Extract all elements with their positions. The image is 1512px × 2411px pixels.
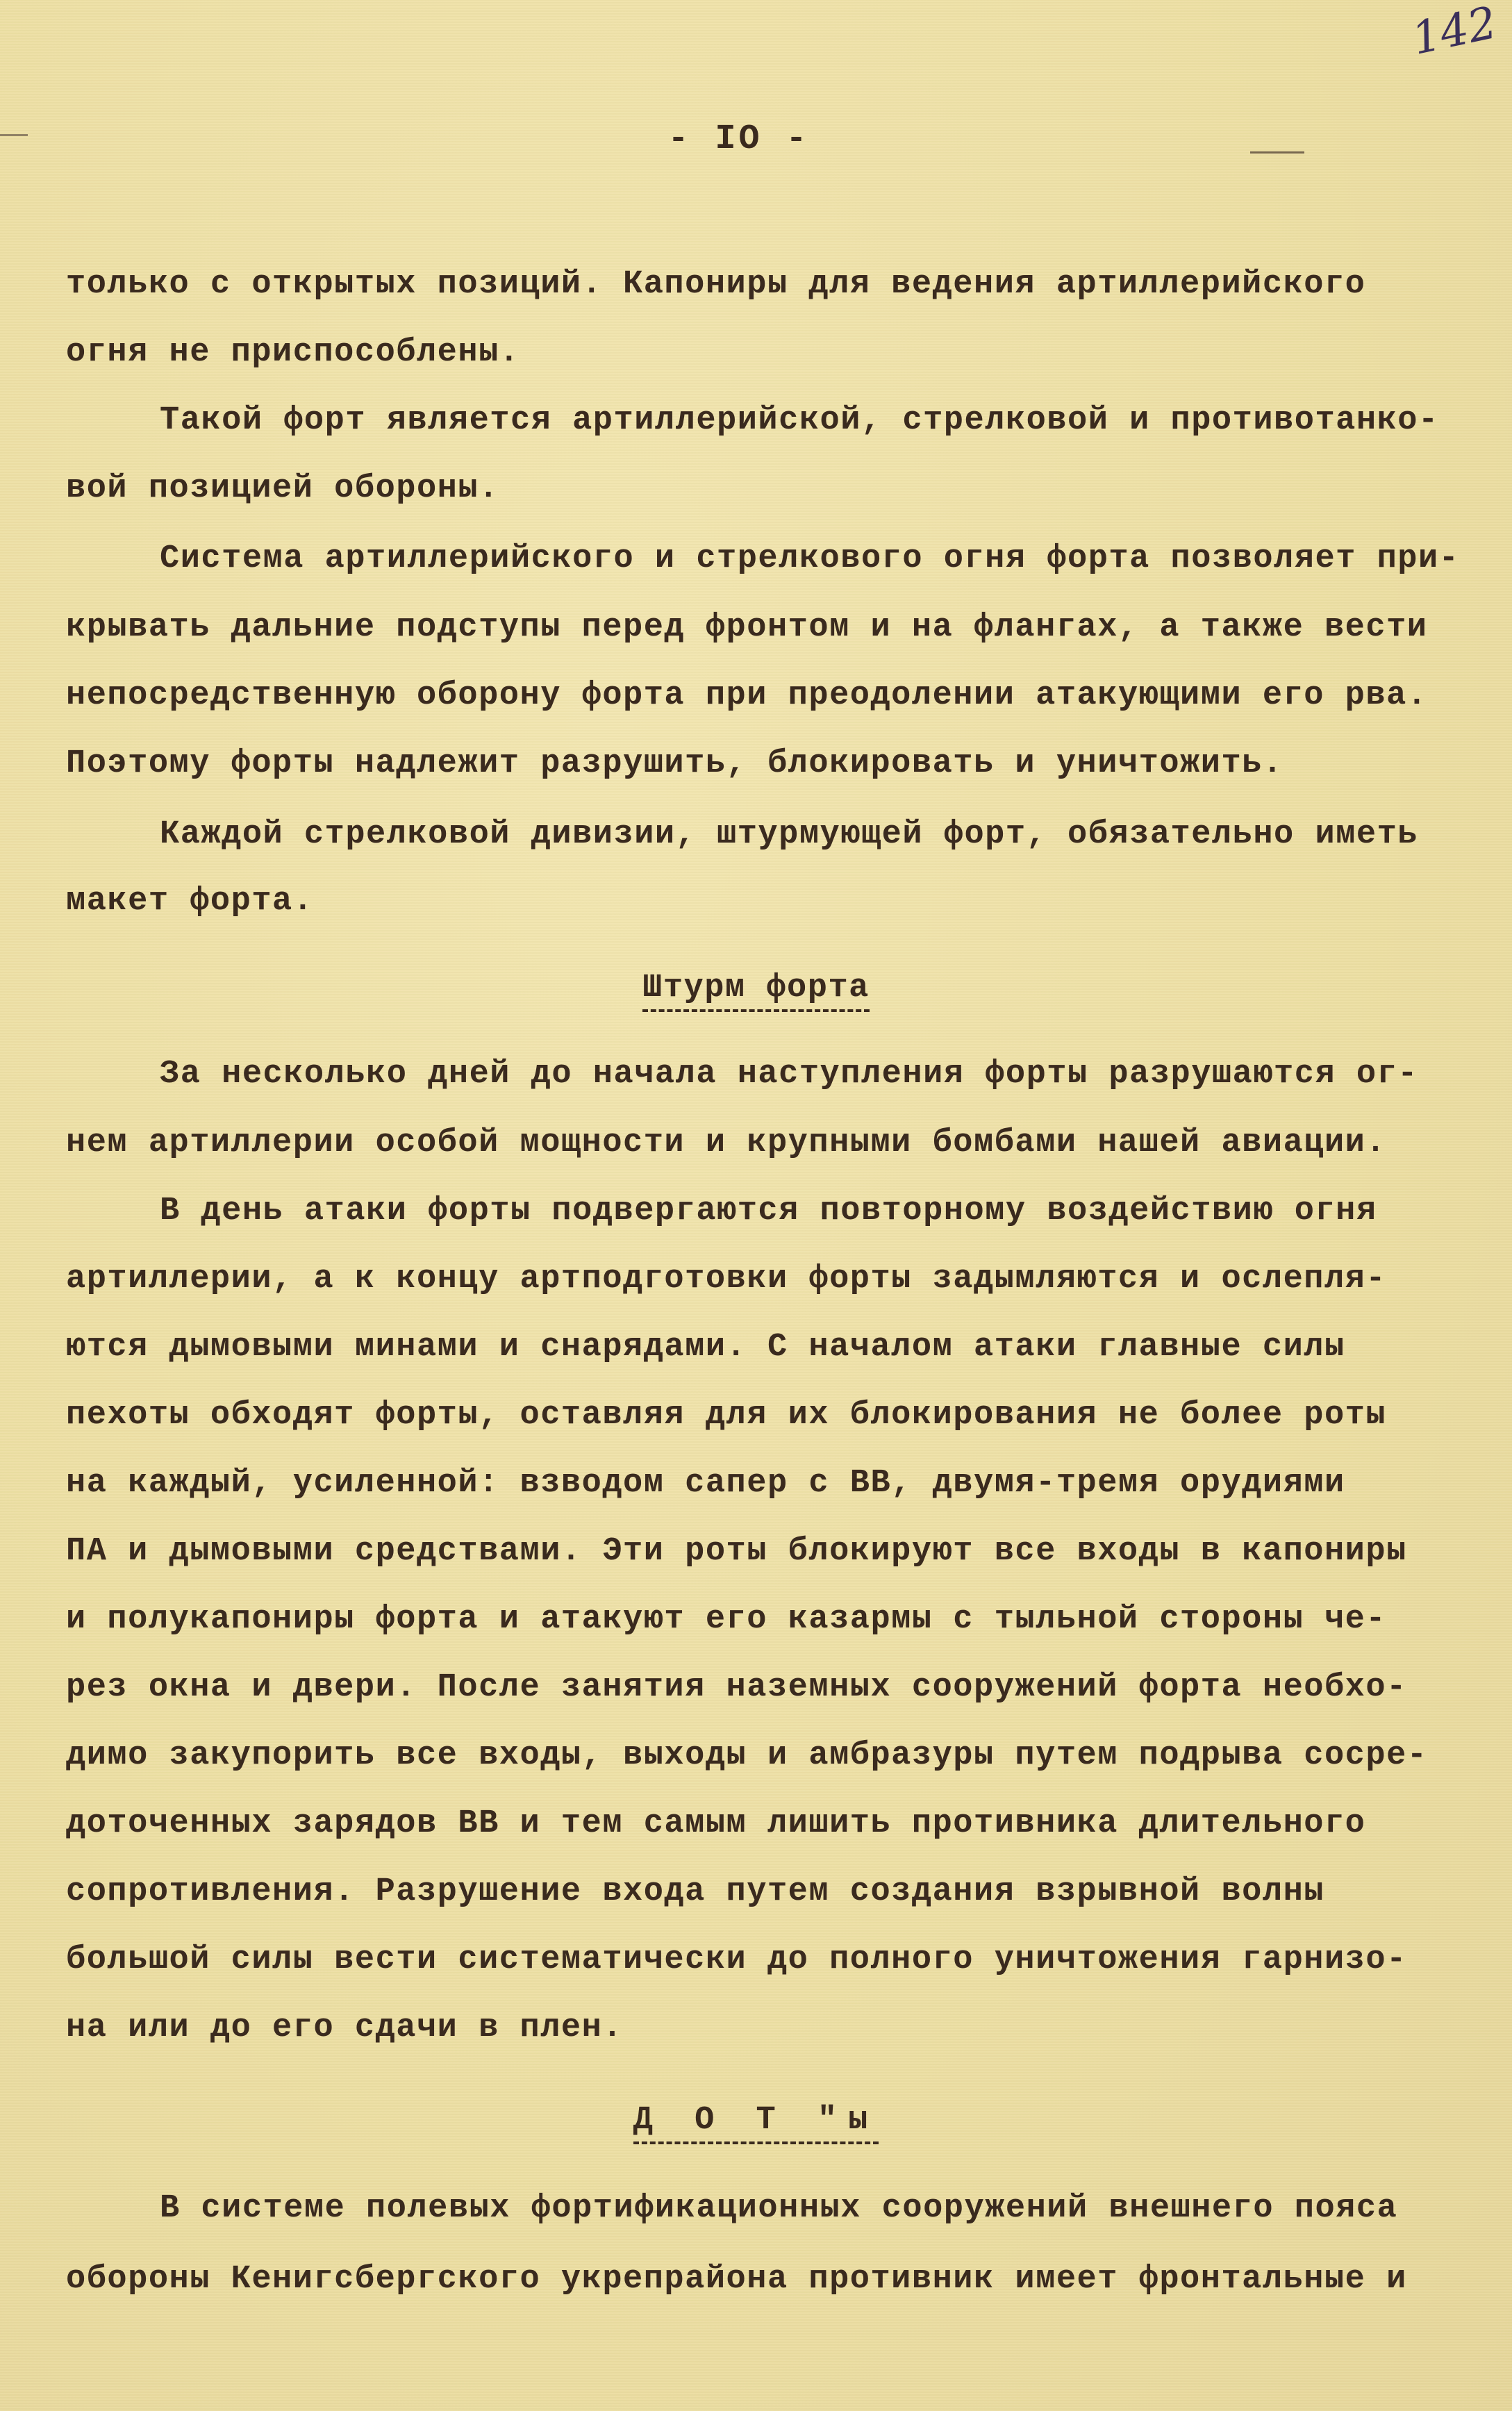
text-line: только с открытых позиций. Капониры для … bbox=[66, 264, 1483, 306]
text-line: большой силы вести систематически до пол… bbox=[66, 1939, 1483, 1981]
text-line: Система артиллерийского и стрелкового ог… bbox=[160, 538, 1512, 580]
text-line: димо закупорить все входы, выходы и амбр… bbox=[66, 1735, 1483, 1777]
text-line: Каждой стрелковой дивизии, штурмующей фо… bbox=[160, 814, 1512, 856]
text-line: крывать дальние подступы перед фронтом и… bbox=[66, 607, 1483, 649]
text-line: Такой форт является артиллерийской, стре… bbox=[160, 400, 1512, 442]
text-line: рез окна и двери. После занятия наземных… bbox=[66, 1667, 1483, 1709]
text-line: огня не приспособлены. bbox=[66, 332, 1483, 374]
text-line: обороны Кенигсбергского укрепрайона прот… bbox=[66, 2259, 1483, 2301]
text-line: В день атаки форты подвергаются повторно… bbox=[160, 1191, 1512, 1232]
text-line: артиллерии, а к концу артподготовки форт… bbox=[66, 1259, 1483, 1300]
text-line: ются дымовыми минами и снарядами. С нача… bbox=[66, 1327, 1483, 1368]
text-line: ПА и дымовыми средствами. Эти роты блоки… bbox=[66, 1531, 1483, 1573]
text-line: доточенных зарядов ВВ и тем самым лишить… bbox=[66, 1803, 1483, 1845]
page-number: - IO - bbox=[0, 119, 1512, 159]
text-line: непосредственную оборону форта при преод… bbox=[66, 675, 1483, 717]
text-line: вой позицией обороны. bbox=[66, 468, 1483, 510]
document-page: 142 - IO - только с открытых позиций. Ка… bbox=[0, 0, 1512, 2411]
archive-page-number: 142 bbox=[1407, 0, 1501, 65]
text-line: на или до его сдачи в плен. bbox=[66, 2007, 1483, 2049]
text-line: и полукапониры форта и атакуют его казар… bbox=[66, 1599, 1483, 1641]
section-heading-storm: Штурм форта bbox=[0, 970, 1512, 1006]
text-line: сопротивления. Разрушение входа путем со… bbox=[66, 1871, 1483, 1913]
text-line: За несколько дней до начала наступления … bbox=[160, 1054, 1512, 1095]
text-line: пехоты обходят форты, оставляя для их бл… bbox=[66, 1395, 1483, 1436]
text-line: В системе полевых фортификационных соору… bbox=[160, 2188, 1512, 2230]
text-line: Поэтому форты надлежит разрушить, блокир… bbox=[66, 743, 1483, 785]
section-heading-dot: Д О Т "ы bbox=[0, 2102, 1512, 2139]
text-line: нем артиллерии особой мощности и крупным… bbox=[66, 1122, 1483, 1164]
text-line: макет форта. bbox=[66, 881, 1483, 922]
text-line: на каждый, усиленной: взводом сапер с ВВ… bbox=[66, 1463, 1483, 1505]
